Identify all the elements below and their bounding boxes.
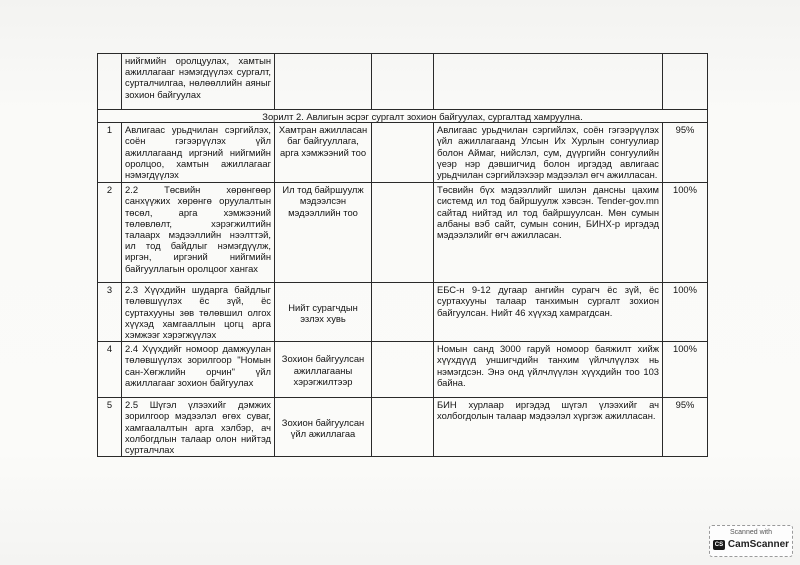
result: Төсвийн бүх мэдээллийг шилэн дансны цахи… [434, 183, 663, 283]
row-number: 2 [98, 183, 122, 283]
camscanner-watermark: Scanned with CS CamScanner [709, 525, 793, 557]
blank-cell [372, 183, 434, 283]
row-number: 4 [98, 342, 122, 398]
activity-description: 2.2 Төсвийн хөрөнгөөр санхүүжих хөрөнгө … [122, 183, 275, 283]
table-row: 3 2.3 Хүүхдийн шударга байдлыг төлөвшүүл… [98, 283, 708, 342]
activity-description: 2.5 Шүгэл үлээхийг дэмжих зорилгоор мэдэ… [122, 398, 275, 457]
result [434, 54, 663, 110]
result: Номын санд 3000 гаруй номоор баяжилт хий… [434, 342, 663, 398]
blank-cell [372, 342, 434, 398]
table-row: 4 2.4 Хүүхдийг номоор дамжуулан төлөвшүү… [98, 342, 708, 398]
percent: 100% [663, 283, 708, 342]
table-row: 5 2.5 Шүгэл үлээхийг дэмжих зорилгоор мэ… [98, 398, 708, 457]
camscanner-logo-icon: CS [713, 540, 725, 550]
watermark-caption: Scanned with [710, 529, 792, 537]
percent: 95% [663, 123, 708, 183]
report-table: нийгмийн оролцуулах, хамтын ажиллагааг н… [97, 53, 708, 457]
row-number: 1 [98, 123, 122, 183]
result: БИН хурлаар иргэдэд шүгэл үлээхийг ач хо… [434, 398, 663, 457]
scanned-page: нийгмийн оролцуулах, хамтын ажиллагааг н… [0, 0, 800, 565]
activity-description: Авлигаас урьдчилан сэргийлэх, соён гэгээ… [122, 123, 275, 183]
percent: 100% [663, 183, 708, 283]
percent [663, 54, 708, 110]
table-row: 1 Авлигаас урьдчилан сэргийлэх, соён гэг… [98, 123, 708, 183]
indicator: Зохион байгуулсан ажиллагааны хэрэгжилтэ… [275, 342, 372, 398]
row-number [98, 54, 122, 110]
table-row-continuation: нийгмийн оролцуулах, хамтын ажиллагааг н… [98, 54, 708, 110]
blank-cell [372, 54, 434, 110]
percent: 100% [663, 342, 708, 398]
blank-cell [372, 283, 434, 342]
row-number: 5 [98, 398, 122, 457]
indicator: Ил тод байршуулж мэдээлсэн мэдээллийн то… [275, 183, 372, 283]
blank-cell [372, 398, 434, 457]
indicator: Хамтран ажилласан баг байгууллага, арга … [275, 123, 372, 183]
result: ЕБС-н 9-12 дугаар ангийн сурагч ёс зүй, … [434, 283, 663, 342]
indicator [275, 54, 372, 110]
result: Авлигаас урьдчилан сэргийлэх, соён гэгээ… [434, 123, 663, 183]
goal-heading-row: Зорилт 2. Авлигын эсрэг сургалт зохион б… [98, 110, 708, 123]
watermark-brand: CamScanner [728, 539, 789, 551]
blank-cell [372, 123, 434, 183]
goal-heading: Зорилт 2. Авлигын эсрэг сургалт зохион б… [98, 110, 708, 123]
indicator: Зохион байгуулсан үйл ажиллагаа [275, 398, 372, 457]
activity-description: 2.3 Хүүхдийн шударга байдлыг төлөвшүүлэх… [122, 283, 275, 342]
row-number: 3 [98, 283, 122, 342]
indicator: Нийт сурагчдын эзлэх хувь [275, 283, 372, 342]
percent: 95% [663, 398, 708, 457]
goal-heading-text: Зорилт 2. Авлигын эсрэг сургалт зохион б… [222, 111, 582, 122]
activity-description: 2.4 Хүүхдийг номоор дамжуулан төлөвшүүлэ… [122, 342, 275, 398]
table-row: 2 2.2 Төсвийн хөрөнгөөр санхүүжих хөрөнг… [98, 183, 708, 283]
activity-description: нийгмийн оролцуулах, хамтын ажиллагааг н… [122, 54, 275, 110]
